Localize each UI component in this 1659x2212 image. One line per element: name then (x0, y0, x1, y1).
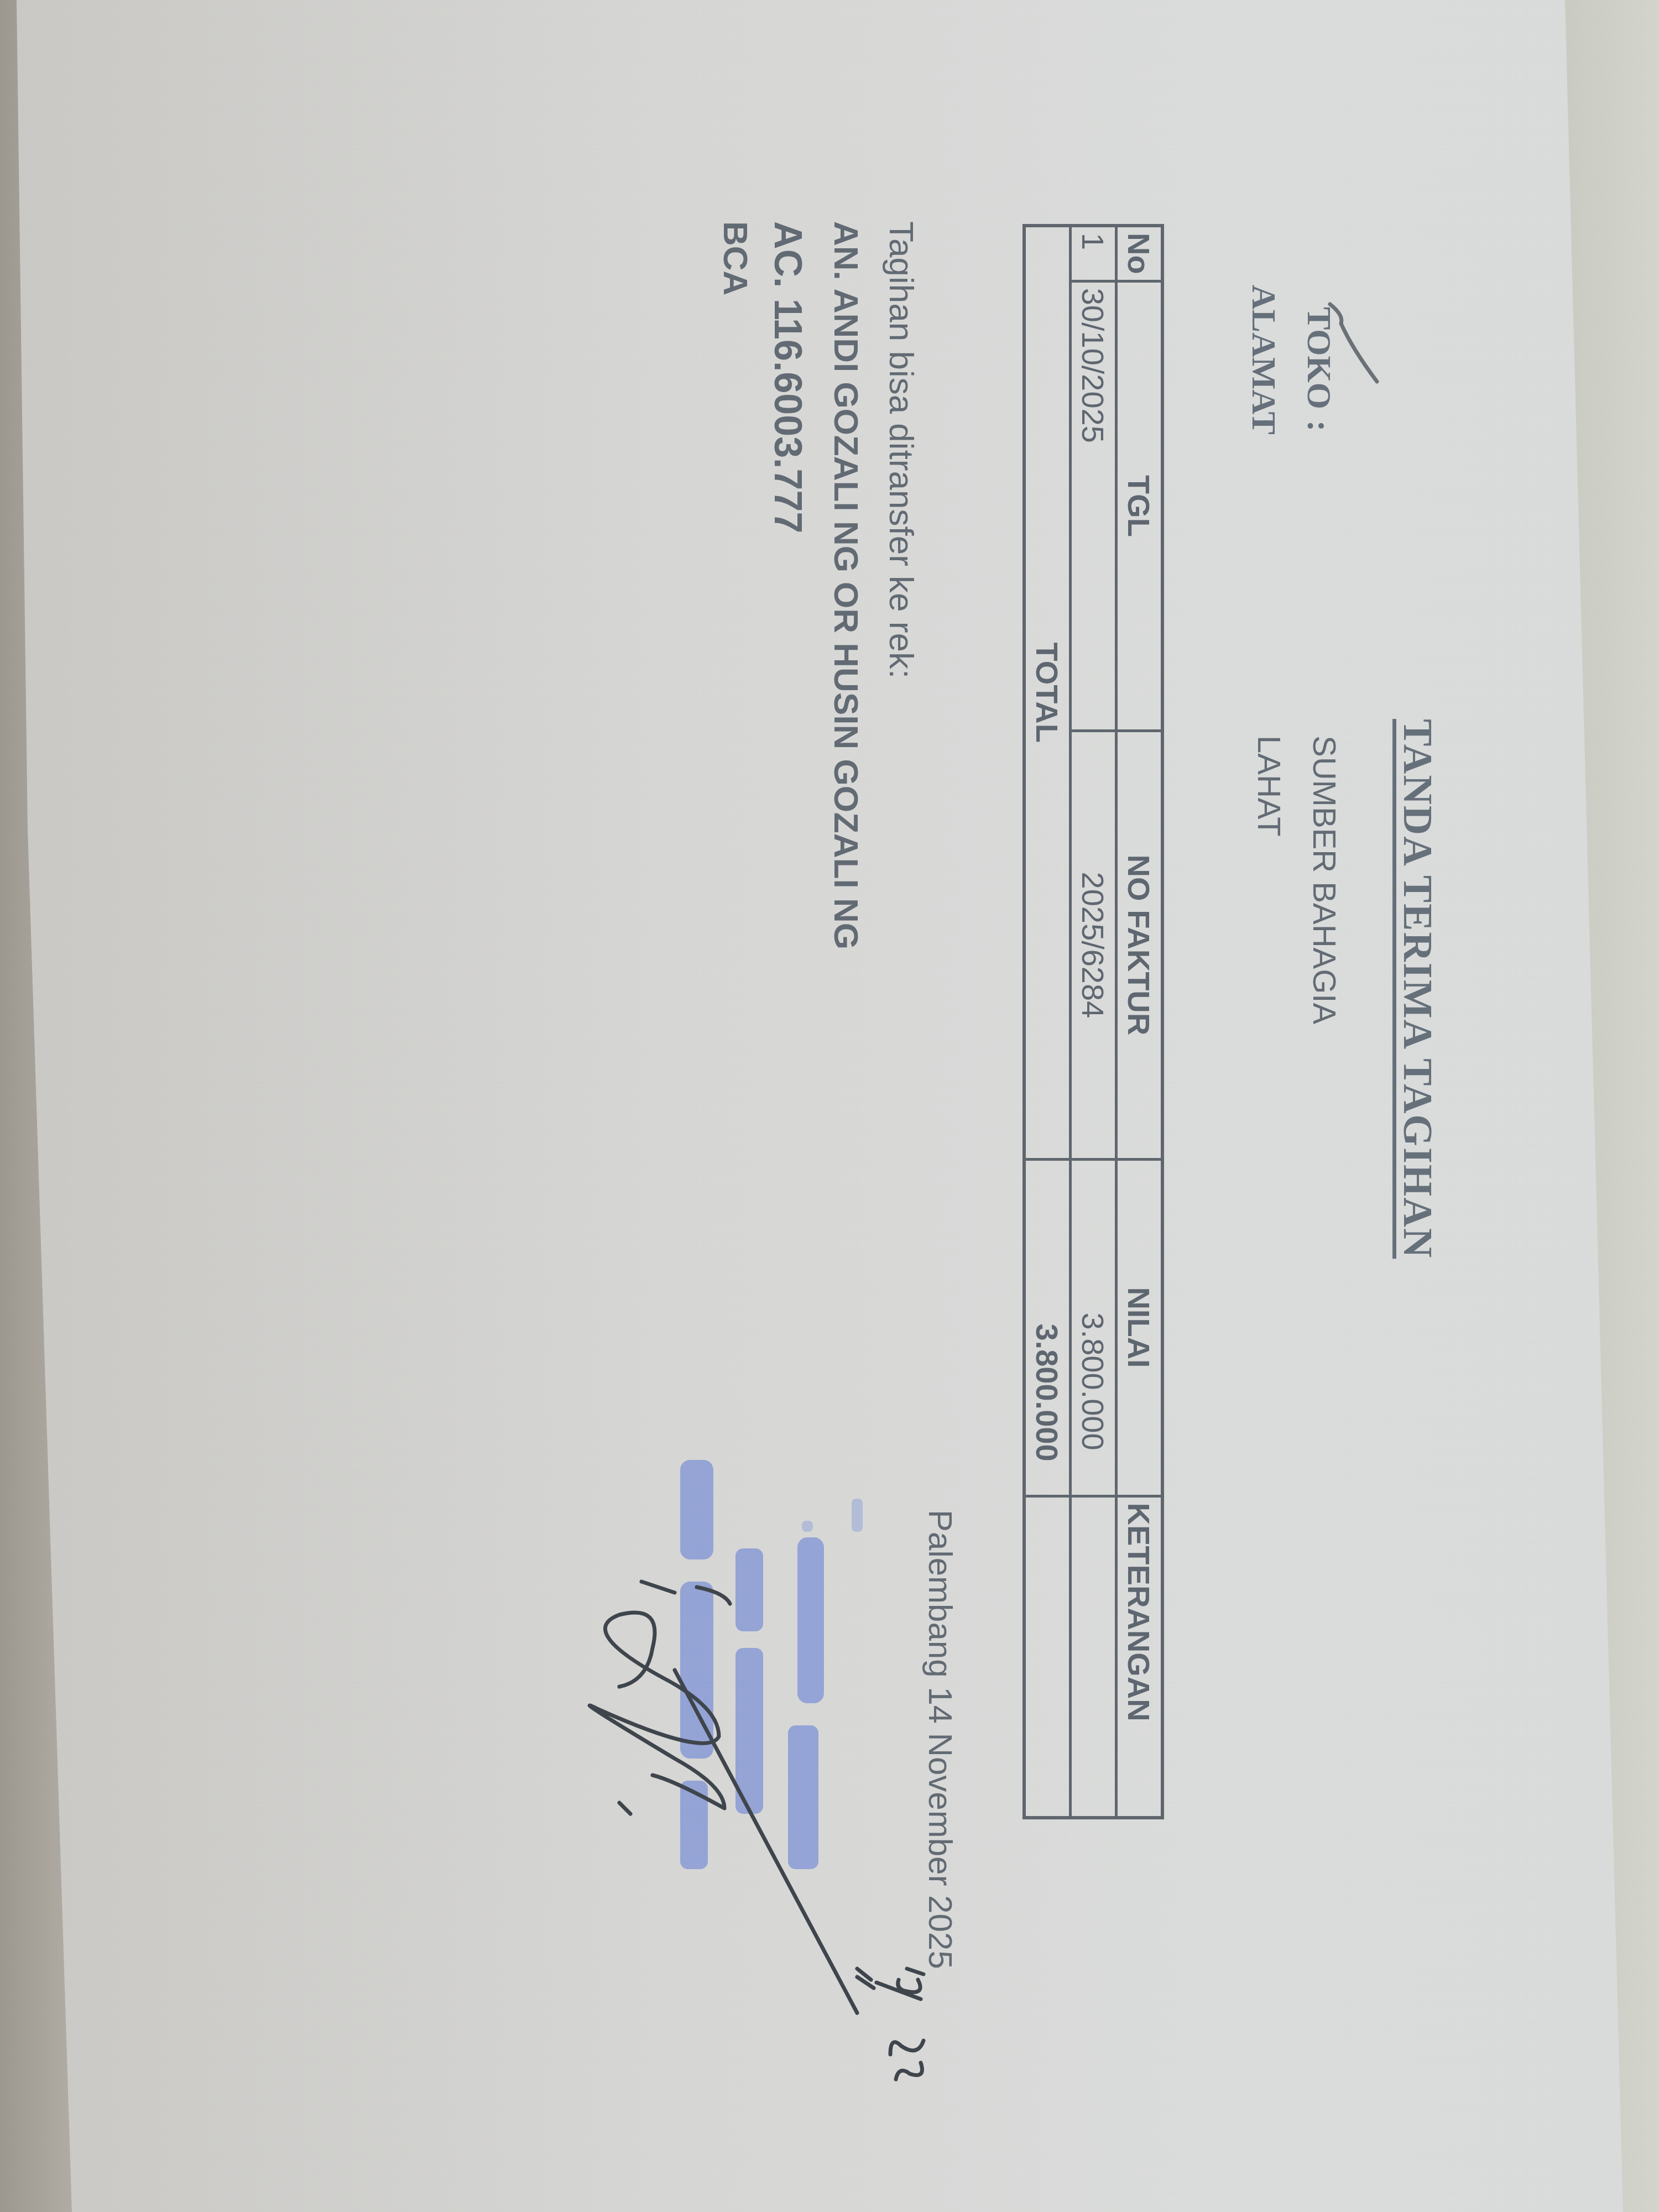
total-keterangan (1024, 1496, 1071, 1818)
col-header-no: No (1117, 226, 1163, 281)
document-title: TANDA TERIMA TAGIHAN (1394, 719, 1441, 1259)
col-header-no-faktur: NO FAKTUR (1117, 731, 1163, 1159)
payment-account-number: AC. 116.6003.777 (766, 221, 810, 533)
payment-bank: BCA (716, 221, 755, 295)
payment-intro: Tagihan bisa ditransfer ke rek: (881, 221, 921, 679)
cell-keterangan (1071, 1496, 1117, 1818)
invoice-table: No TGL NO FAKTUR NILAI KETERANGAN 1 30/1… (1022, 224, 1164, 1819)
cell-nilai: 3.800.000 (1071, 1159, 1117, 1496)
handwritten-date-note (830, 1958, 929, 2101)
col-header-tgl: TGL (1117, 281, 1163, 731)
col-header-keterangan: KETERANGAN (1117, 1496, 1163, 1818)
table-row: 1 30/10/2025 2025/6284 3.800.000 (1071, 226, 1117, 1818)
alamat-separator: : (1244, 418, 1283, 429)
toko-separator: : (1299, 420, 1338, 432)
col-header-nilai: NILAI (1117, 1159, 1163, 1496)
cell-tgl: 30/10/2025 (1071, 281, 1117, 731)
place-date: Palembang 14 November 2025 (921, 1510, 959, 1969)
toko-label: TOKO (1299, 307, 1338, 409)
alamat-value: LAHAT (1250, 735, 1287, 837)
receipt-page: TANDA TERIMA TAGIHAN TOKO : SUMBER BAHAG… (0, 0, 1548, 2212)
table-total-row: TOTAL 3.800.000 (1024, 226, 1071, 1818)
total-value: 3.800.000 (1024, 1159, 1071, 1496)
cell-no: 1 (1071, 226, 1117, 281)
cell-no-faktur: 2025/6284 (1071, 731, 1117, 1159)
alamat-label: ALAMAT (1244, 285, 1283, 435)
table-header-row: No TGL NO FAKTUR NILAI KETERANGAN (1117, 226, 1163, 1818)
payment-account-name: AN. ANDI GOZALI NG OR HUSIN GOZALI NG (826, 221, 865, 950)
toko-value: SUMBER BAHAGIA (1306, 735, 1343, 1024)
total-label: TOTAL (1024, 226, 1071, 1159)
